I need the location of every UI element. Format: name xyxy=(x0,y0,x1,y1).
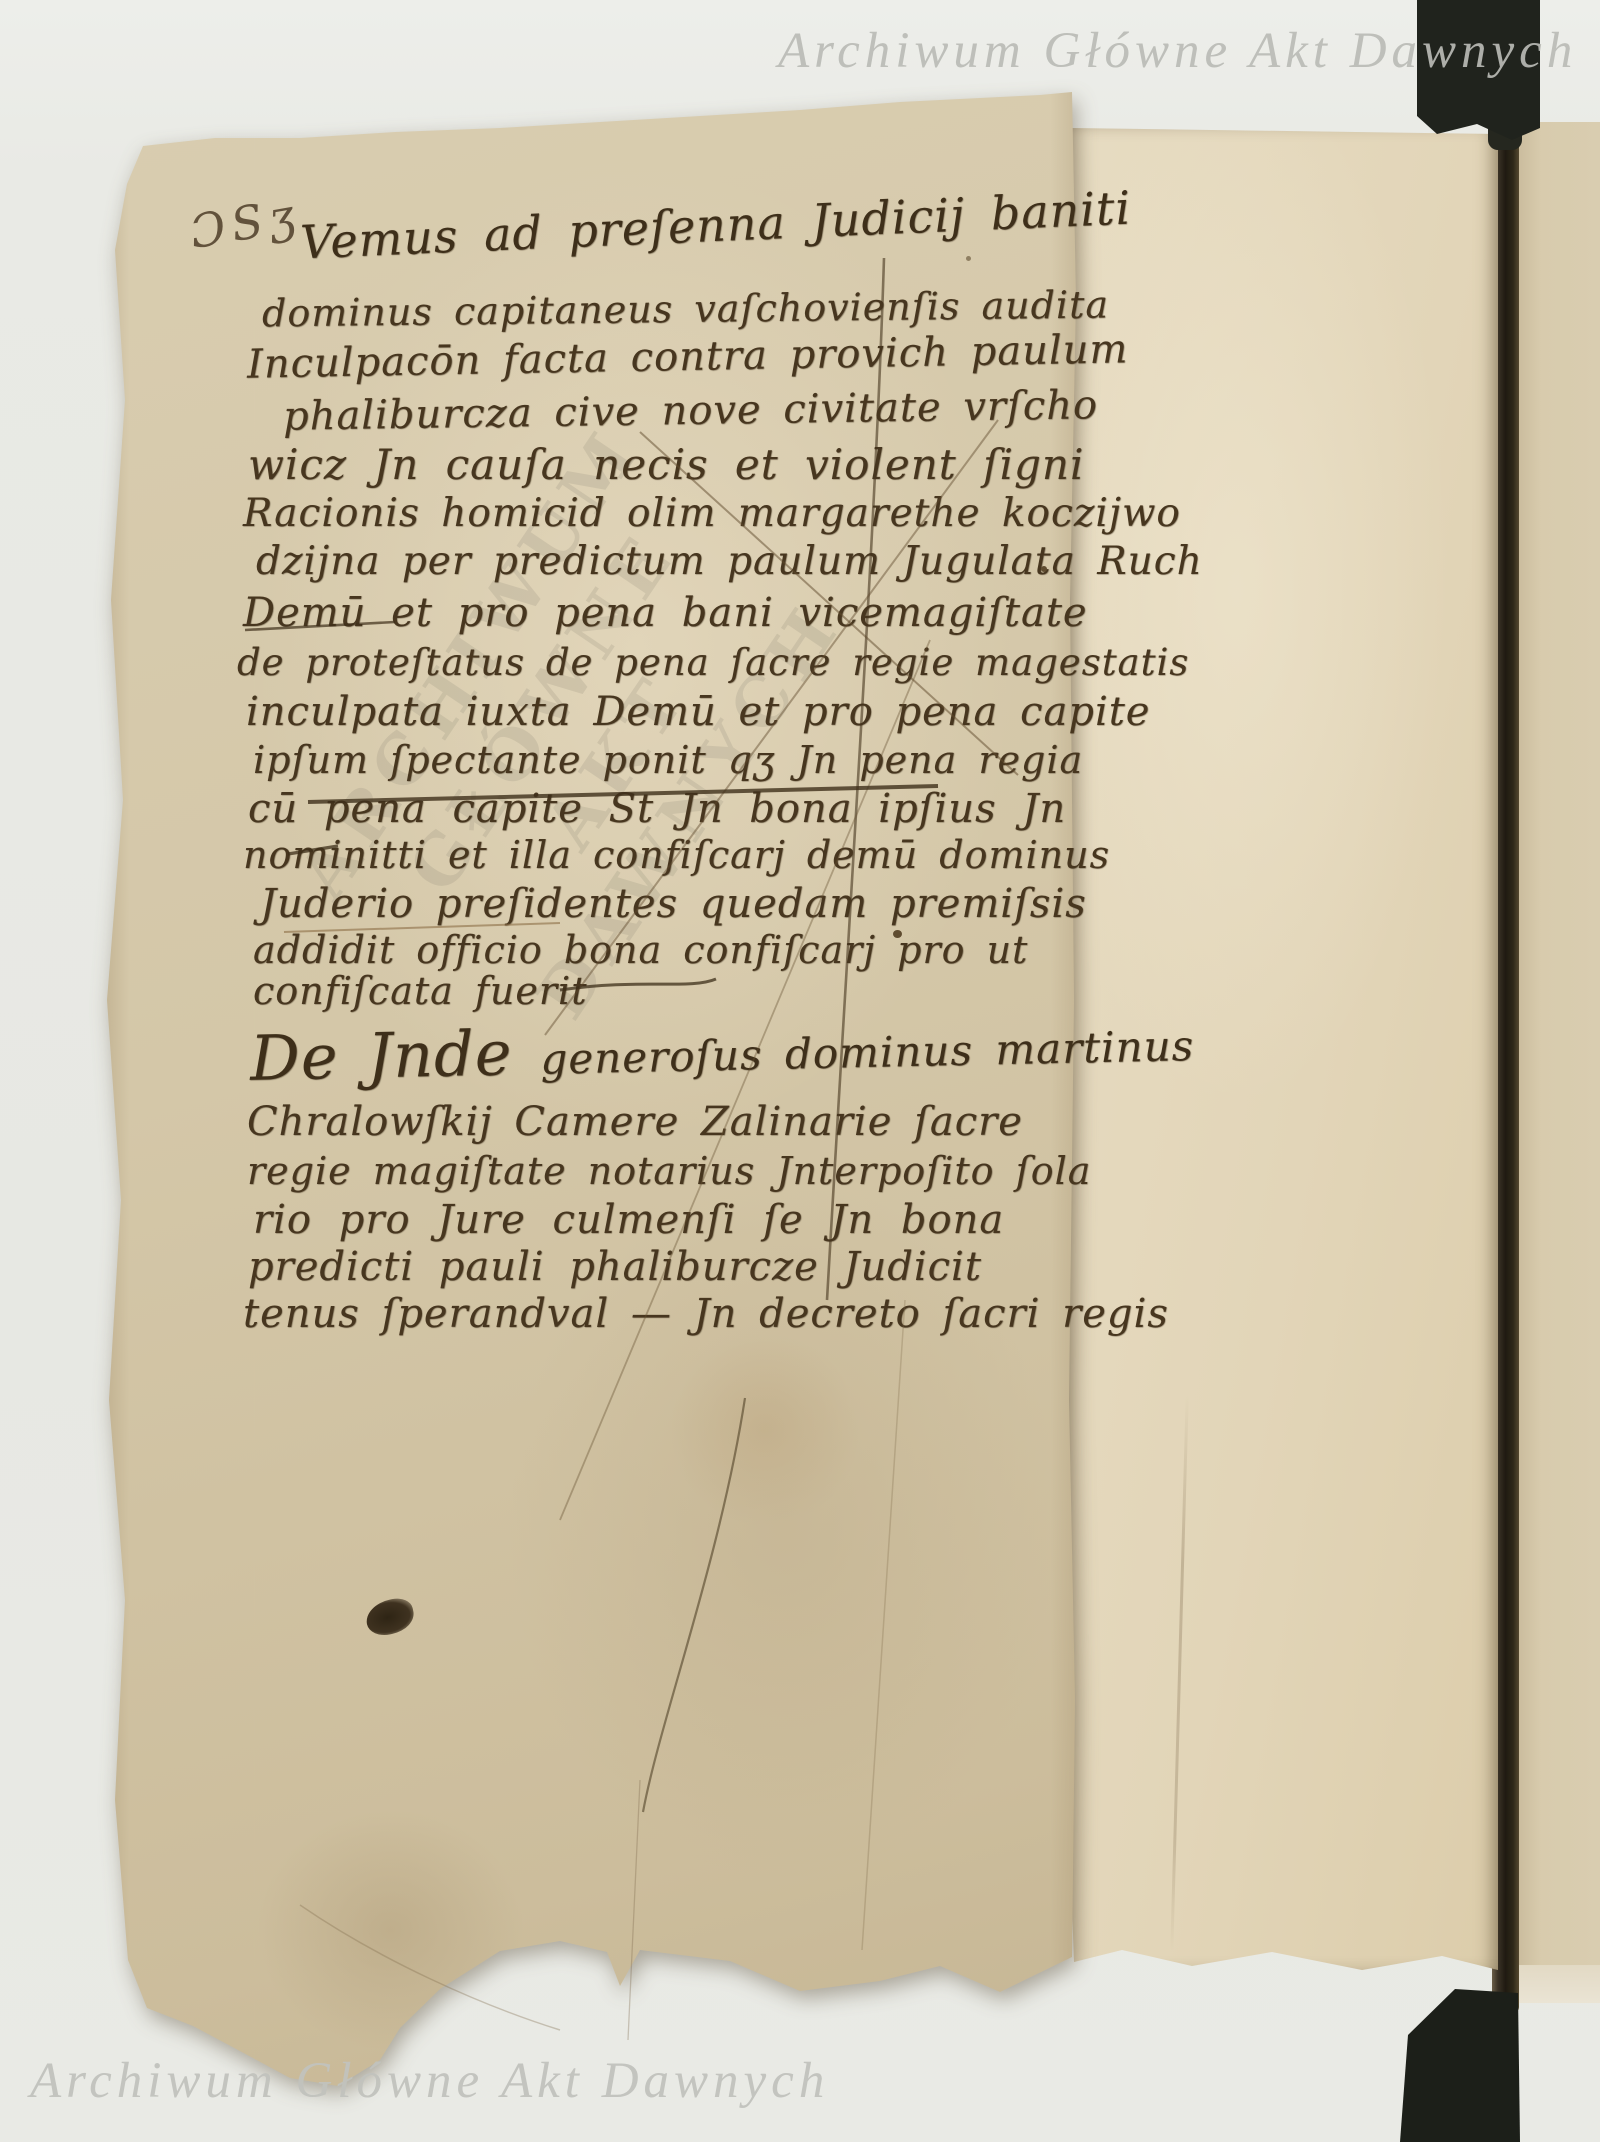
manuscript-line: ipſum ſpectante ponit qʒ Jn pena regia xyxy=(253,738,1083,782)
manuscript-line: dzijna per predictum paulum Jugulata Ruc… xyxy=(256,539,1203,584)
manuscript-line: Racionis homicid olim margarethe koczijw… xyxy=(243,491,1181,536)
manuscript-line: addidit officio bona confiſcarj pro ut xyxy=(253,928,1028,972)
manuscript-line: Juderio preſidentes quedam premiſsis xyxy=(260,881,1087,927)
spine-marker-bottom xyxy=(1400,1985,1520,2142)
manuscript-line: rio pro Jure culmenſi ſe Jn bona xyxy=(253,1197,1004,1243)
manuscript-line: regie magiſtate notarius Jnterpoſito ſol… xyxy=(247,1149,1091,1193)
manuscript-line: Demū et pro pena bani vicemagiſtate xyxy=(243,590,1088,636)
manuscript-line: wicz Jn cauſa necis et violent ſigni xyxy=(248,440,1084,489)
deinde-initial: De Jnde xyxy=(249,1016,513,1094)
archive-scan: ARCHIWUM GŁÓWNE AKT DAWNYCH ƆSʒ Vemus ad… xyxy=(0,0,1600,2142)
manuscript-line: de proteſtatus de pena ſacre regie mages… xyxy=(237,641,1189,684)
ink-speck xyxy=(966,256,971,261)
archive-watermark-bottom: Archiwum Główne Akt Dawnych xyxy=(30,2052,829,2110)
ink-speck xyxy=(893,930,902,938)
manuscript-line: dominus capitaneus vaſchovienſis audita xyxy=(262,283,1109,336)
manuscript-line: confiſcata fuerit xyxy=(253,969,587,1013)
far-right-page xyxy=(1516,122,1600,1965)
manuscript-line: Chralowſkij Camere Zalinarie ſacre xyxy=(247,1099,1023,1145)
manuscript-line: predicti pauli phaliburcze Judicit xyxy=(248,1244,982,1290)
manuscript-line: tenus ſperandval — Jn decreto ſacri regi… xyxy=(243,1291,1169,1337)
ink-speck xyxy=(1041,566,1047,572)
manuscript-line: inculpata iuxta Demū et pro pena capite xyxy=(246,689,1150,735)
deinde-rest: generoſus dominus martinus xyxy=(540,1021,1195,1084)
manuscript-line: nominitti et illa confiſcarj demū dominu… xyxy=(243,833,1110,877)
far-right-page-edge xyxy=(1516,1965,1600,2003)
manuscript-line: cū pena capite St Jn bona ipſius Jn xyxy=(248,786,1066,832)
archive-watermark-top: Archiwum Główne Akt Dawnych xyxy=(778,22,1577,80)
